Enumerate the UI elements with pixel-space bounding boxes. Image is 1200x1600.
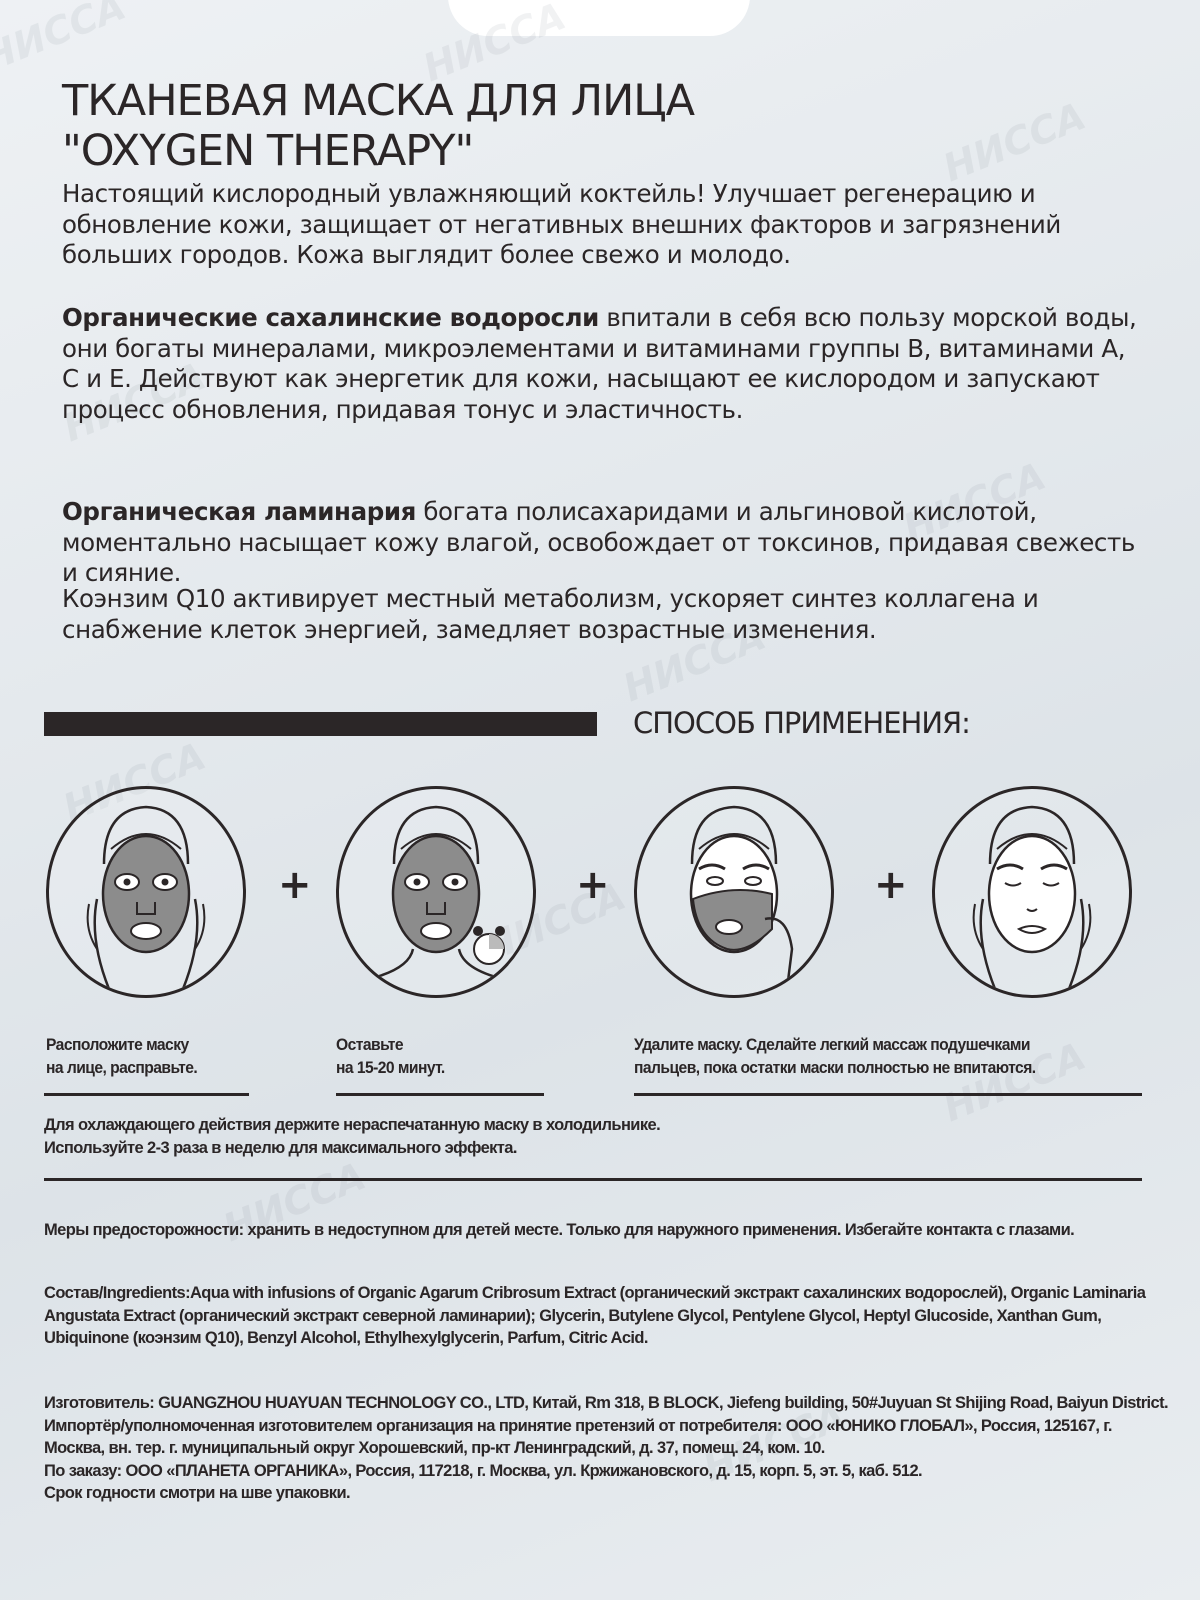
product-title-line1: ТКАНЕВАЯ МАСКА ДЛЯ ЛИЦА: [62, 76, 694, 126]
caution-text: хранить в недоступном для детей месте. Т…: [244, 1221, 1075, 1239]
usage-tip-frequency: Используйте 2-3 раза в неделю для максим…: [44, 1137, 1174, 1160]
shelf-life-line: Срок годности смотри на шве упаковки.: [44, 1482, 1174, 1505]
ingredients-label: Состав/Ingredients:: [44, 1284, 190, 1302]
plus-icon: +: [576, 862, 610, 908]
usage-tip-cooling: Для охлаждающего действия держите нерасп…: [44, 1114, 1174, 1137]
face-mask-apply-icon: [46, 786, 246, 998]
watermark: НИССА: [937, 94, 1091, 191]
step-2-caption: Оставьте на 15-20 минут.: [336, 1033, 445, 1079]
face-massage-icon: [932, 786, 1132, 998]
face-mask-remove-icon: [634, 786, 834, 998]
algae-paragraph: Органические сахалинские водоросли впита…: [62, 303, 1142, 425]
watermark: НИССА: [0, 0, 132, 80]
caution-label: Меры предосторожности:: [44, 1221, 244, 1239]
divider: [634, 1093, 1142, 1096]
divider: [44, 1093, 249, 1096]
product-title-line2: "OXYGEN THERAPY": [62, 126, 694, 176]
method-title: СПОСОБ ПРИМЕНЕНИЯ:: [633, 706, 970, 740]
q10-heading: Коэнзим Q10: [62, 584, 225, 613]
usage-tips: Для охлаждающего действия держите нерасп…: [44, 1114, 1174, 1159]
section-divider-bar: [44, 712, 597, 736]
laminaria-paragraph: Органическая ламинария богата полисахари…: [62, 497, 1142, 589]
caution-block: Меры предосторожности: хранить в недосту…: [44, 1219, 1174, 1242]
laminaria-heading: Органическая ламинария: [62, 497, 416, 526]
product-title: ТКАНЕВАЯ МАСКА ДЛЯ ЛИЦА "OXYGEN THERAPY": [62, 76, 694, 176]
step-3-caption: Удалите маску. Сделайте легкий массаж по…: [634, 1033, 1036, 1079]
order-line: По заказу: ООО «ПЛАНЕТА ОРГАНИКА», Росси…: [44, 1460, 1174, 1483]
plus-icon: +: [874, 862, 908, 908]
ingredients-text: Aqua with infusions of Organic Agarum Cr…: [44, 1284, 1145, 1347]
divider: [44, 1178, 1142, 1181]
ingredients-block: Состав/Ingredients:Aqua with infusions o…: [44, 1282, 1174, 1350]
plus-icon: +: [278, 862, 312, 908]
step-1-caption: Расположите маску на лице, расправьте.: [46, 1033, 197, 1079]
q10-paragraph: Коэнзим Q10 активирует местный метаболиз…: [62, 584, 1142, 645]
algae-heading: Органические сахалинские водоросли: [62, 303, 599, 332]
face-mask-wait-alarm-icon: [336, 786, 536, 998]
importer-line: Импортёр/уполномоченная изготовителем ор…: [44, 1415, 1174, 1460]
divider: [336, 1093, 544, 1096]
manufacturer-block: Изготовитель: GUANGZHOU HUAYUAN TECHNOLO…: [44, 1392, 1174, 1505]
intro-paragraph: Настоящий кислородный увлажняющий коктей…: [62, 179, 1142, 271]
manufacturer-line: Изготовитель: GUANGZHOU HUAYUAN TECHNOLO…: [44, 1392, 1174, 1415]
hang-hole: [448, 0, 750, 36]
